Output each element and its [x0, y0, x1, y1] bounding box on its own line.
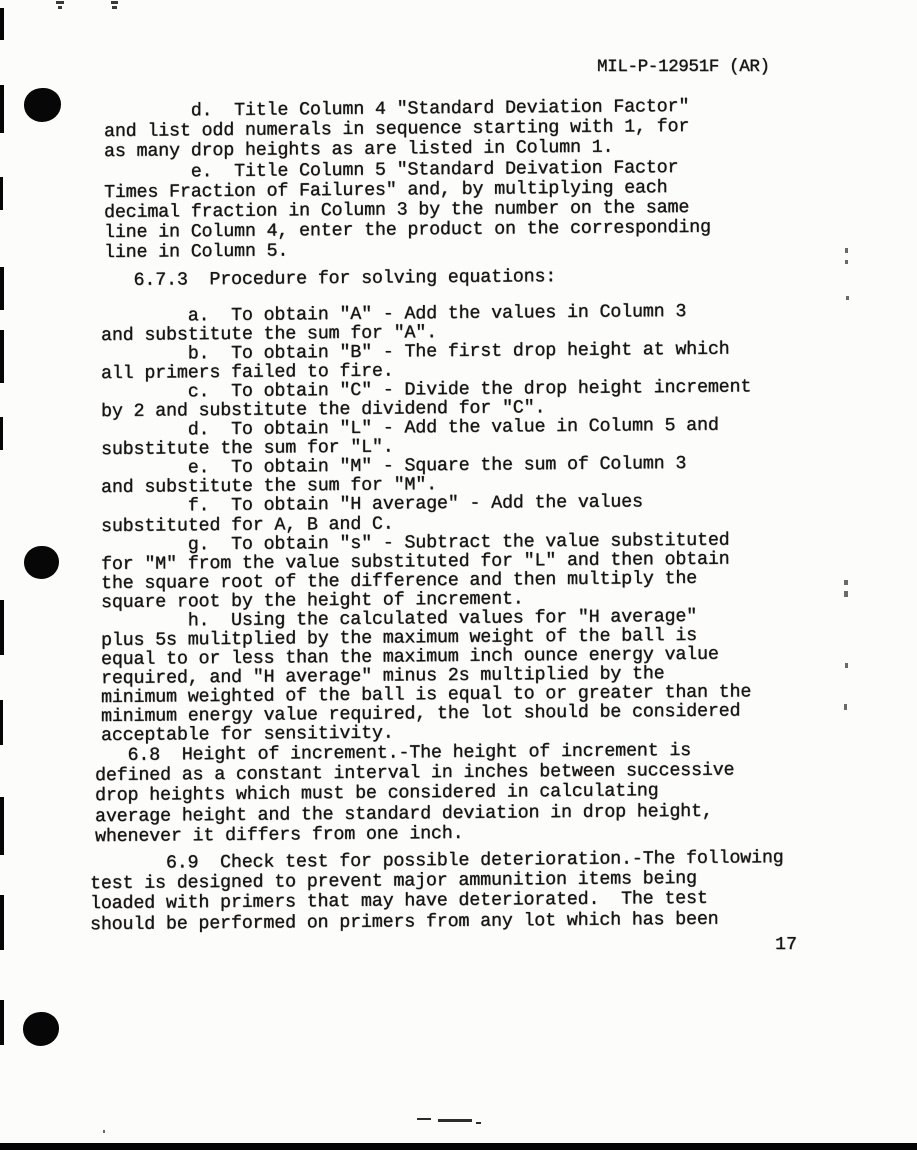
scan-speck [112, 6, 117, 9]
punch-hole-dot [24, 546, 59, 579]
scan-speck [846, 296, 849, 300]
scan-edge-tick [0, 330, 4, 383]
scan-edge-tick [0, 8, 4, 40]
scan-bottom-edge [0, 1143, 917, 1150]
document-body: d. Title Column 4 "Standard Deviation Fa… [0, 0, 917, 1150]
paragraph-6-8: 6.8 Height of increment.-The height of i… [95, 741, 734, 848]
scan-speck [844, 591, 848, 597]
heading-6-7-3: 6.7.3 Procedure for solving equations: [101, 267, 556, 291]
scan-edge-tick [0, 267, 4, 310]
bottom-dash-mark [476, 1122, 481, 1124]
bottom-dash-mark [438, 1119, 472, 1122]
scanned-document-page: MIL-P-12951F (AR) d. Title Column 4 "Sta… [0, 0, 917, 1150]
page-number: 17 [775, 934, 797, 955]
scan-speck [58, 6, 62, 9]
punch-hole-dot [23, 1012, 59, 1046]
scan-speck [845, 663, 848, 668]
scan-speck [844, 580, 848, 585]
scan-edge-tick [0, 895, 4, 950]
scan-edge-tick [0, 177, 3, 210]
scan-edge-tick [0, 85, 4, 133]
scan-edge-tick [0, 1000, 4, 1045]
paragraph-items-d-e: d. Title Column 4 "Standard Deviation Fa… [104, 97, 711, 264]
punch-hole-dot [24, 88, 61, 122]
scan-speck [56, 1, 64, 4]
paragraph-items-a-h: a. To obtain "A" - Add the values in Col… [101, 301, 751, 745]
scan-speck [111, 1, 118, 4]
scan-speck [845, 260, 848, 264]
scan-speck [844, 704, 847, 710]
scan-speck [103, 1130, 105, 1133]
paragraph-6-9: 6.9 Check test for possible deterioratio… [90, 848, 784, 935]
scan-edge-tick [0, 600, 4, 655]
bottom-dash-mark [417, 1118, 431, 1120]
scan-edge-tick [0, 797, 4, 855]
scan-speck [845, 248, 848, 253]
scan-edge-tick [0, 417, 3, 450]
scan-edge-tick [0, 700, 3, 745]
